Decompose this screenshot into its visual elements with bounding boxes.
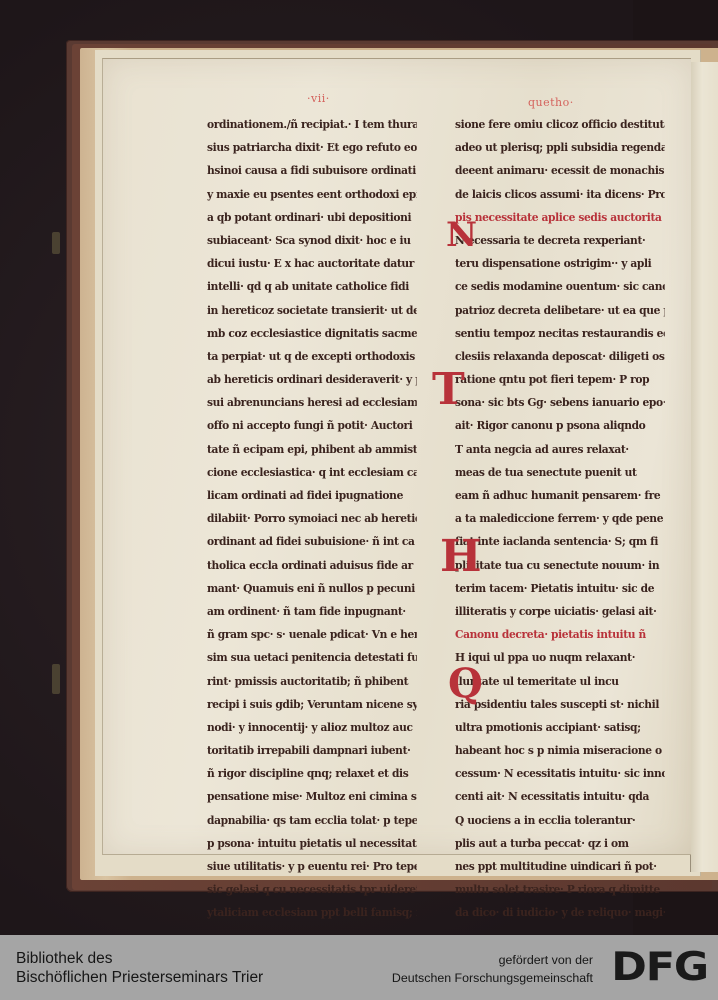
manuscript-line: teru dispensatione ostrigim·· y apli <box>455 252 665 275</box>
clasp-top <box>52 232 60 254</box>
funding-credit: gefördert von der Deutschen Forschungsge… <box>392 951 593 987</box>
manuscript-line: adeo ut plerisq; ppli subsidia regendar <box>455 136 665 159</box>
manuscript-line: H iqui ul ppa uo nuqm relaxant· <box>455 646 665 669</box>
library-line-2: Bischöflichen Priesterseminars Trier <box>16 968 263 987</box>
manuscript-line: T anta negcia ad aures relaxat· <box>455 438 665 461</box>
facing-page-edge <box>690 62 718 872</box>
manuscript-line: de laicis clicos assumi· ita dicens· Pro… <box>455 183 665 206</box>
manuscript-line: multu solet trasire· P riora q dimitte <box>455 878 665 901</box>
manuscript-line: dapnabilia· qs tam ecclia tolat· p tepe· <box>207 809 417 832</box>
manuscript-line: sentiu tempoz necitas restaurandis ec <box>455 322 665 345</box>
manuscript-line: recipi i suis gdib; Veruntam nicene sy <box>207 693 417 716</box>
manuscript-line: meas de tua senectute puenit ut <box>455 461 665 484</box>
manuscript-line: am ordinent· ñ tam fide inpugnant· <box>207 600 417 623</box>
manuscript-line: nes ppt multitudine uindicari ñ pot· <box>455 855 665 878</box>
manuscript-line: ytaliciam ecclesiam ppt belli famisq; ic… <box>207 901 417 924</box>
manuscript-line: clesiis relaxanda deposcat· diligeti osi… <box>455 345 665 368</box>
running-head-left: ·vii· <box>307 92 330 105</box>
manuscript-line: terim tacem· Pietatis intuitu· sic de <box>455 577 665 600</box>
manuscript-line: tholica eccla ordinati aduisus fide ar <box>207 554 417 577</box>
manuscript-line: lluntate ul temeritate ul incu <box>455 670 665 693</box>
manuscript-line: licam ordinati ad fidei ipugnatione <box>207 484 417 507</box>
manuscript-line: subiaceant· Sca synod dixit· hoc e iu <box>207 229 417 252</box>
footer-banner: Bibliothek des Bischöflichen Priestersem… <box>0 935 718 1000</box>
manuscript-line: sim sua uetaci penitencia detestati fue <box>207 646 417 669</box>
manuscript-line: a qb potant ordinari· ubi depositioni <box>207 206 417 229</box>
manuscript-line: rint· pmissis auctoritatib; ñ phibent <box>207 670 417 693</box>
manuscript-line: p psona· intuitu pietatis ul necessitati <box>207 832 417 855</box>
manuscript-line: pensatione mise· Multoz eni cimina sut <box>207 785 417 808</box>
initial-n: N <box>446 218 477 252</box>
manuscript-line: da dico· di iudicio· y de reliquo· magi· <box>455 901 665 924</box>
manuscript-line: ratione qntu pot fieri tepem· P rop <box>455 368 665 391</box>
manuscript-line: a ta malediccione ferrem· y qde pene <box>455 507 665 530</box>
manuscript-line: dicui iustu· E x hac auctoritate datur <box>207 252 417 275</box>
manuscript-line: sione fere omiu clicoz officio destituta… <box>455 113 665 136</box>
manuscript-line: toritatib irrepabili dampnari iubent· <box>207 739 417 762</box>
manuscript-line: nodi· y innocentij· y alioz multoz auc <box>207 716 417 739</box>
manuscript-line: mant· Quamuis eni ñ nullos p pecuni <box>207 577 417 600</box>
manuscript-line: hsinoi causa a fidi subuisore ordinati s… <box>207 159 417 182</box>
funding-line-1: gefördert von der <box>392 951 593 969</box>
manuscript-line: patrioz decreta delibetare· ut ea que p <box>455 299 665 322</box>
text-column-left: ordinationem./ñ recipiat.· I tem thurasi… <box>207 113 435 925</box>
manuscript-line: siue utilitatis· y p euentu rei· Pro tep… <box>207 855 417 878</box>
dfg-logo: DFG <box>611 948 708 987</box>
manuscript-line: ultra pmotionis accipiant· satisq; <box>455 716 665 739</box>
manuscript-line: ait· Rigor canonu p psona aliqndo <box>455 414 665 437</box>
funding-line-2: Deutschen Forschungsgemeinschaft <box>392 969 593 987</box>
manuscript-line: plis aut a turba peccat· qz i om <box>455 832 665 855</box>
manuscript-line: plicitate tua cu senectute nouum· in <box>455 554 665 577</box>
clasp-bottom <box>52 664 60 694</box>
manuscript-line: sui abrenuncians heresi ad ecclesiam red… <box>207 391 417 414</box>
manuscript-line: N ecessaria te decreta rexperiant· <box>455 229 665 252</box>
manuscript-line: Q uociens a in ecclia tolerantur· <box>455 809 665 832</box>
manuscript-line: ñ rigor discipline qnq; relaxet et dis <box>207 762 417 785</box>
manuscript-line: mb coz ecclesiastice dignitatis sacmen <box>207 322 417 345</box>
manuscript-line: habeant hoc s p nimia miseracione o <box>455 739 665 762</box>
manuscript-line: deeent animaru· ecessit de monachis t <box>455 159 665 182</box>
library-line-1: Bibliothek des <box>16 949 263 968</box>
manuscript-line: offo ni accepto fungi ñ potit· Auctori <box>207 414 417 437</box>
manuscript-line: ordinant ad fidei subuisione· ñ int ca <box>207 530 417 553</box>
library-name: Bibliothek des Bischöflichen Priestersem… <box>16 949 263 987</box>
manuscript-line: intelli· qd q ab unitate catholice fidi <box>207 275 417 298</box>
manuscript-line: centi ait· N ecessitatis intuitu· qda <box>455 785 665 808</box>
manuscript-line: ñ gram spc· s· uenale pdicat· Vn e here <box>207 623 417 646</box>
manuscript-line: cessum· N ecessitatis intuitu· sic inno <box>455 762 665 785</box>
manuscript-line: in hereticoz societate transierit· ut de… <box>207 299 417 322</box>
manuscript-line: cione ecclesiastica· q int ecclesiam cat… <box>207 461 417 484</box>
manuscript-line: y maxie eu psentes eent orthodoxi epi <box>207 183 417 206</box>
running-head-right: quetho· <box>528 96 574 109</box>
manuscript-line: ordinationem./ñ recipiat.· I tem thura <box>207 113 417 136</box>
manuscript-line: eam ñ adhuc humanit pensarem· fre <box>455 484 665 507</box>
image-viewer: ·vii· quetho· ordinationem./ñ recipiat.·… <box>0 0 718 935</box>
manuscript-line: ab hereticis ordinari desideraverit· y p… <box>207 368 417 391</box>
manuscript-line: illiteratis y corpe uiciatis· gelasi ait… <box>455 600 665 623</box>
manuscript-line: ria psidentiu tales suscepti st· nichil <box>455 693 665 716</box>
text-column-right: sione fere omiu clicoz officio destituta… <box>455 113 683 925</box>
manuscript-line: Canonu decreta· pietatis intuitu ñ <box>455 623 665 646</box>
manuscript-line: sic gelasi q cu necessitatis tpr uideret <box>207 878 417 901</box>
manuscript-line: tate ñ ecipam epi, phibent ab ammistra <box>207 438 417 461</box>
manuscript-line: ta perpiat· ut q de excepti orthodoxis <box>207 345 417 368</box>
initial-q: Q <box>448 664 483 704</box>
manuscript-line: pis necessitate aplice sedis auctorita <box>455 206 665 229</box>
manuscript-line: fiat inte iaclanda sentencia· S; qm fi <box>455 530 665 553</box>
manuscript-line: ce sedis modamine ouentum· sic canonu <box>455 275 665 298</box>
manuscript-line: sona· sic bts Gg· sebens ianuario epo· <box>455 391 665 414</box>
initial-h: H <box>440 535 482 579</box>
manuscript-line: sius patriarcha dixit· Et ego refuto eos… <box>207 136 417 159</box>
manuscript-line: dilabiit· Porro symoiaci nec ab heretici… <box>207 507 417 530</box>
initial-t: T <box>432 368 465 412</box>
